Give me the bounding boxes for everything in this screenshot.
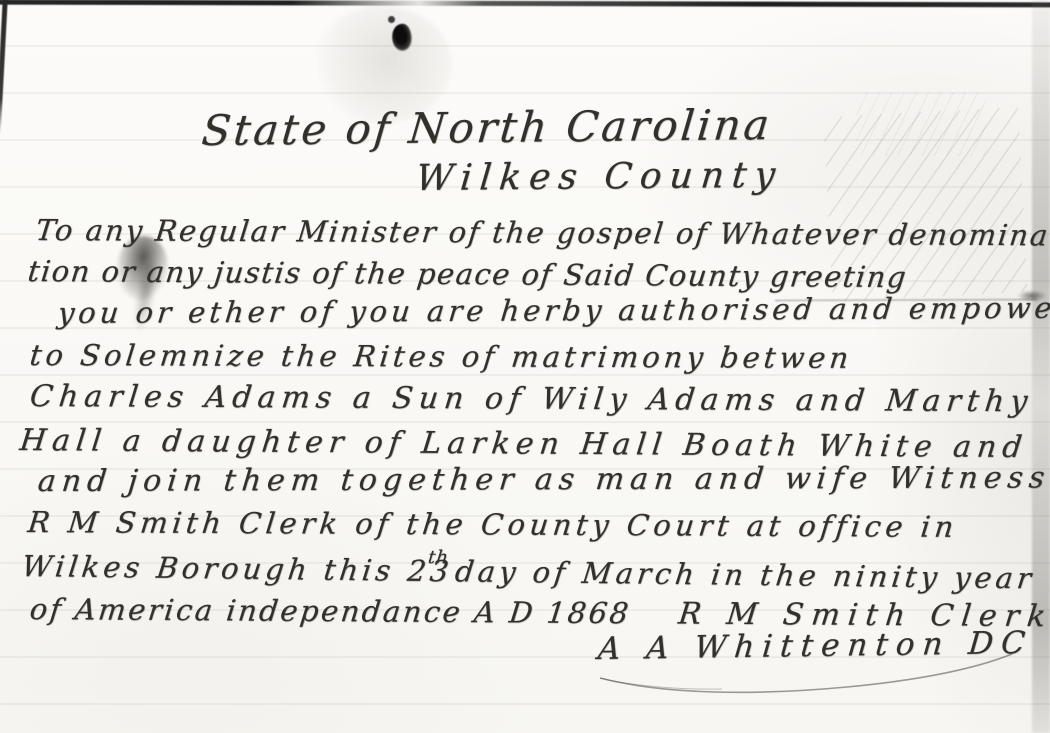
handwritten-line: tion or any justis of the peace of Said …: [26, 254, 909, 294]
document-title: State of North Carolina: [200, 100, 774, 155]
superscript-th: th: [427, 547, 450, 568]
ink-blot-speck: [388, 16, 395, 23]
signature-flourish: [592, 648, 1022, 700]
date-line-pre: Wilkes Borough this 23: [20, 549, 454, 588]
handwritten-line-date: Wilkes Borough this 23thday of March in …: [20, 549, 1037, 595]
scan-edge-left: [0, 0, 8, 134]
pencil-hatch-marks: [856, 92, 986, 156]
handwritten-line-groom: Charles Adams a Sun of Wily Adams and Ma…: [28, 379, 1035, 419]
handwritten-line: To any Regular Minister of the gospel of…: [34, 213, 1050, 252]
handwritten-line: and join them together as man and wife W…: [36, 460, 1050, 499]
document-scan: State of North Carolina Wilkes County To…: [0, 0, 1050, 733]
handwritten-line-bride: Hall a daughter of Larken Hall Boath Whi…: [18, 423, 1030, 465]
scan-edge-top: [0, 0, 1050, 7]
handwritten-line: to Solemnize the Rites of matrimony betw…: [28, 338, 854, 375]
handwritten-line: you or ether of you are herby authorised…: [56, 290, 1050, 330]
document-subtitle: Wilkes County: [414, 155, 785, 199]
closing-text: of America independance A D 1868: [28, 592, 632, 630]
handwritten-line: R M Smith Clerk of the County Court at o…: [26, 505, 960, 544]
date-line-post: day of March in the ninity year: [453, 554, 1037, 595]
